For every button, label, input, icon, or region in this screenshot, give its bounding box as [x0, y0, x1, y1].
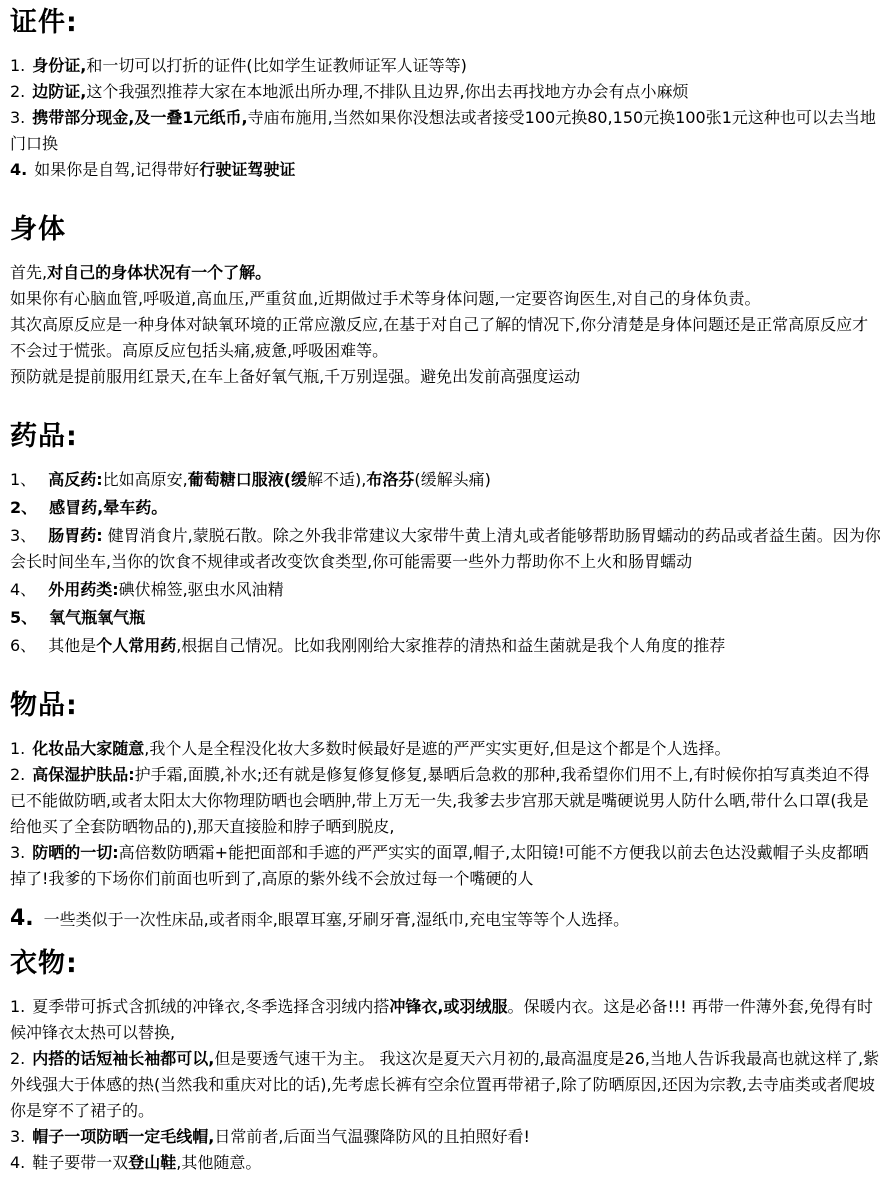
text-run: 登山鞋 [128, 1153, 176, 1172]
text-run: ,根据自己情况。比如我刚刚给大家推荐的清热和益生菌就是我个人角度的推荐 [176, 636, 725, 655]
list-item: 1、高反药:比如高原安,葡萄糖口服液(缓解不适),布洛芬(缓解头痛) [10, 467, 884, 493]
text-run: 布洛芬 [366, 470, 414, 489]
list-item: 3.帽子一项防晒一定毛线帽,日常前者,后面当气温骤降防风的且拍照好看! [10, 1124, 884, 1150]
text-run: 日常前者,后面当气温骤降防风的且拍照好看! [214, 1127, 530, 1146]
text-run: 高倍数防晒霜+能把面部和手遮的严严实实的面罩,帽子,太阳镜!可能不方便我以前去色… [10, 843, 869, 888]
item-marker: 1、 [10, 470, 36, 489]
paragraph: 其次高原反应是一种身体对缺氧环境的正常应激反应,在基于对自己了解的情况下,你分清… [10, 312, 884, 364]
text-run: ,我个人是全程没化妆大多数时候最好是遮的严严实实更好,但是这个都是个人选择。 [144, 739, 730, 758]
text-run: 解不适), [307, 470, 366, 489]
text-run: 携带部分现金,及一叠1元纸币, [32, 108, 247, 127]
text-run: 健胃消食片,蒙脱石散。除之外我非常建议大家带牛黄上清丸或者能够帮助肠胃蠕动的药品… [10, 526, 881, 571]
list-item: 1.身份证,和一切可以打折的证件(比如学生证教师证军人证等等) [10, 53, 884, 79]
text-run: 高反药: [48, 470, 102, 489]
text-run: 和一切可以打折的证件(比如学生证教师证军人证等等) [86, 56, 467, 75]
text-run: 其次高原反应是一种身体对缺氧环境的正常应激反应,在基于对自己了解的情况下,你分清… [10, 315, 868, 360]
text-run: 高保湿护肤品: [32, 765, 134, 784]
item-marker: 1. [10, 739, 25, 758]
item-marker: 3. [10, 1127, 25, 1146]
text-run: (缓解头痛) [414, 470, 491, 489]
text-run: 比如高原安, [103, 470, 188, 489]
item-marker: 3. [10, 843, 25, 862]
list-item: 5、氧气瓶氧气瓶 [10, 605, 884, 631]
section-certificates: 证件: 1.身份证,和一切可以打折的证件(比如学生证教师证军人证等等) 2.边防… [10, 6, 884, 183]
item-marker: 1. [10, 56, 25, 75]
list-item-big-four: 4.一些类似于一次性床品,或者雨伞,眼罩耳塞,牙刷牙膏,湿纸巾,充电宝等等个人选… [10, 906, 884, 931]
item-marker: 2. [10, 765, 25, 784]
text-run: 内搭的话短袖长袖都可以, [32, 1049, 214, 1068]
travel-checklist-document: 证件: 1.身份证,和一切可以打折的证件(比如学生证教师证军人证等等) 2.边防… [0, 0, 892, 1200]
text-run: 身份证, [32, 56, 86, 75]
list-item: 4、外用药类:碘伏棉签,驱虫水风油精 [10, 577, 884, 603]
text-run: 护手霜,面膜,补水;还有就是修复修复修复,暴晒后急救的那种,我希望你们用不上,有… [10, 765, 870, 836]
list-item: 3.防晒的一切:高倍数防晒霜+能把面部和手遮的严严实实的面罩,帽子,太阳镜!可能… [10, 840, 884, 892]
text-run: 这个我强烈推荐大家在本地派出所办理,不排队且边界,你出去再找地方办会有点小麻烦 [86, 82, 688, 101]
list-item: 1.夏季带可拆式含抓绒的冲锋衣,冬季选择含羽绒内搭冲锋衣,或羽绒服。保暖内衣。这… [10, 994, 884, 1046]
text-run: 其他是 [48, 636, 96, 655]
text-run: 夏季带可拆式含抓绒的冲锋衣,冬季选择含羽绒内搭 [32, 997, 389, 1016]
text-run: 外用药类: [48, 580, 118, 599]
item-marker: 5、 [10, 608, 37, 627]
list-item: 6、其他是个人常用药,根据自己情况。比如我刚刚给大家推荐的清热和益生菌就是我个人… [10, 633, 884, 659]
item-marker: 3. [10, 108, 25, 127]
text-run: 碘伏棉签,驱虫水风油精 [119, 580, 284, 599]
list-item: 3、肠胃药: 健胃消食片,蒙脱石散。除之外我非常建议大家带牛黄上清丸或者能够帮助… [10, 523, 884, 575]
text-run: ,其他随意。 [176, 1153, 261, 1172]
section-heading-medicine: 药品: [10, 420, 884, 454]
section-heading-supplies: 物品: [10, 689, 884, 723]
item-marker: 6、 [10, 636, 36, 655]
item-marker: 4. [10, 160, 27, 179]
text-run: 如果你有心脑血管,呼吸道,高血压,严重贫血,近期做过手术等身体问题,一定要咨询医… [10, 289, 761, 308]
text-run: 感冒药,晕车药。 [49, 498, 167, 517]
text-run: 葡萄糖口服液(缓 [188, 470, 307, 489]
item-marker: 2. [10, 1049, 25, 1068]
item-marker: 2. [10, 82, 25, 101]
paragraph: 如果你有心脑血管,呼吸道,高血压,严重贫血,近期做过手术等身体问题,一定要咨询医… [10, 286, 884, 312]
text-run: 防晒的一切: [32, 843, 118, 862]
document-page: { "sections": { "certificates": { "headi… [0, 0, 892, 1200]
text-run: 预防就是提前服用红景天,在车上备好氧气瓶,千万别逞强。避免出发前高强度运动 [10, 367, 580, 386]
text-run: 鞋子要带一双 [32, 1153, 128, 1172]
text-run: 边防证, [32, 82, 86, 101]
text-run: 冲锋衣,或羽绒服 [389, 997, 507, 1016]
text-run: 一些类似于一次性床品,或者雨伞,眼罩耳塞,牙刷牙膏,湿纸巾,充电宝等等个人选择。 [44, 910, 629, 929]
list-item: 2.内搭的话短袖长袖都可以,但是要透气速干为主。 我这次是夏天六月初的,最高温度… [10, 1046, 884, 1124]
item-marker: 4. [10, 906, 34, 931]
list-item: 2.边防证,这个我强烈推荐大家在本地派出所办理,不排队且边界,你出去再找地方办会… [10, 79, 884, 105]
text-run: 行驶证驾驶证 [199, 160, 295, 179]
text-run: 个人常用药 [96, 636, 176, 655]
section-heading-clothing: 衣物: [10, 947, 884, 981]
section-supplies: 物品: 1.化妆品大家随意,我个人是全程没化妆大多数时候最好是遮的严严实实更好,… [10, 689, 884, 931]
section-medicine: 药品: 1、高反药:比如高原安,葡萄糖口服液(缓解不适),布洛芬(缓解头痛) 2… [10, 420, 884, 659]
section-heading-health: 身体 [10, 213, 884, 247]
text-run: 氧气瓶氧气瓶 [49, 608, 145, 627]
paragraph: 预防就是提前服用红景天,在车上备好氧气瓶,千万别逞强。避免出发前高强度运动 [10, 364, 884, 390]
text-run: 肠胃药: [48, 526, 102, 545]
section-clothing: 衣物: 1.夏季带可拆式含抓绒的冲锋衣,冬季选择含羽绒内搭冲锋衣,或羽绒服。保暖… [10, 947, 884, 1176]
list-item: 4.鞋子要带一双登山鞋,其他随意。 [10, 1150, 884, 1176]
text-run: 首先, [10, 263, 47, 282]
section-heading-certificates: 证件: [10, 6, 884, 40]
list-item: 2、感冒药,晕车药。 [10, 495, 884, 521]
item-marker: 2、 [10, 498, 37, 517]
section-health: 身体 首先,对自己的身体状况有一个了解。 如果你有心脑血管,呼吸道,高血压,严重… [10, 213, 884, 390]
item-marker: 3、 [10, 526, 36, 545]
paragraph: 首先,对自己的身体状况有一个了解。 [10, 260, 884, 286]
list-item: 4.如果你是自驾,记得带好行驶证驾驶证 [10, 157, 884, 183]
text-run: 对自己的身体状况有一个了解。 [47, 263, 271, 282]
item-marker: 1. [10, 997, 25, 1016]
list-item: 2.高保湿护肤品:护手霜,面膜,补水;还有就是修复修复修复,暴晒后急救的那种,我… [10, 762, 884, 840]
item-marker: 4、 [10, 580, 36, 599]
text-run: 化妆品大家随意 [32, 739, 144, 758]
list-item: 1.化妆品大家随意,我个人是全程没化妆大多数时候最好是遮的严严实实更好,但是这个… [10, 736, 884, 762]
list-item: 3.携带部分现金,及一叠1元纸币,寺庙布施用,当然如果你没想法或者接受100元换… [10, 105, 884, 157]
text-run: 如果你是自驾,记得带好 [34, 160, 199, 179]
text-run: 帽子一项防晒一定毛线帽, [32, 1127, 214, 1146]
item-marker: 4. [10, 1153, 25, 1172]
